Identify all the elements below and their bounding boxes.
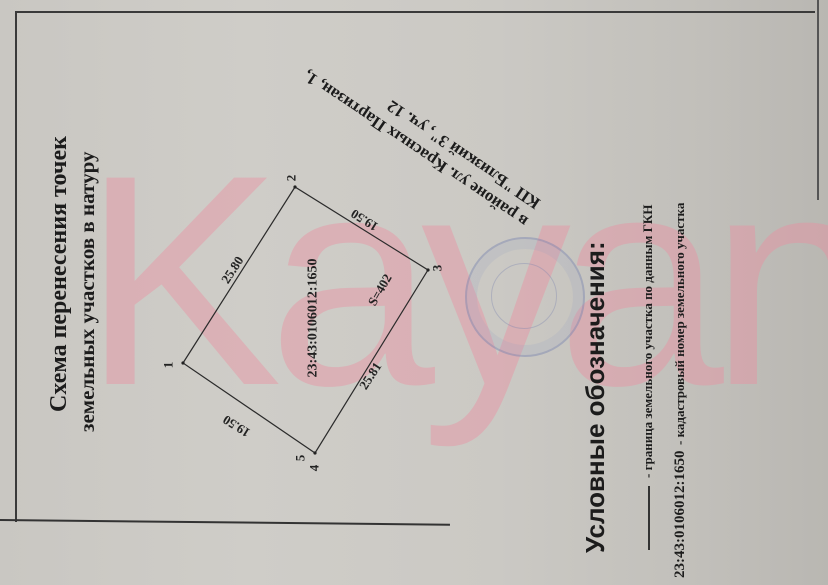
point-label-5: 5: [292, 455, 308, 462]
legend-item-cadastral: - кадастровый номер земельного участка: [672, 203, 688, 445]
legend-title: Условные обозначения:: [580, 241, 611, 553]
point-label-1: 1: [160, 362, 176, 369]
plot-diagram: [0, 0, 828, 585]
point-label-3: 3: [429, 265, 445, 272]
legend-item-boundary: - граница земельного участка по данным Г…: [640, 205, 656, 478]
plot-cadastral-number: 23:43:0106012:1650: [306, 259, 322, 378]
document-page: Kayan Схема перенесения точек земельных …: [0, 0, 828, 585]
legend-cadastral-symbol: 23:43:0106012:1650: [672, 451, 689, 579]
point-label-4: 4: [306, 465, 322, 472]
point-label-2: 2: [283, 175, 299, 182]
legend-boundary-line-symbol: [648, 486, 650, 550]
